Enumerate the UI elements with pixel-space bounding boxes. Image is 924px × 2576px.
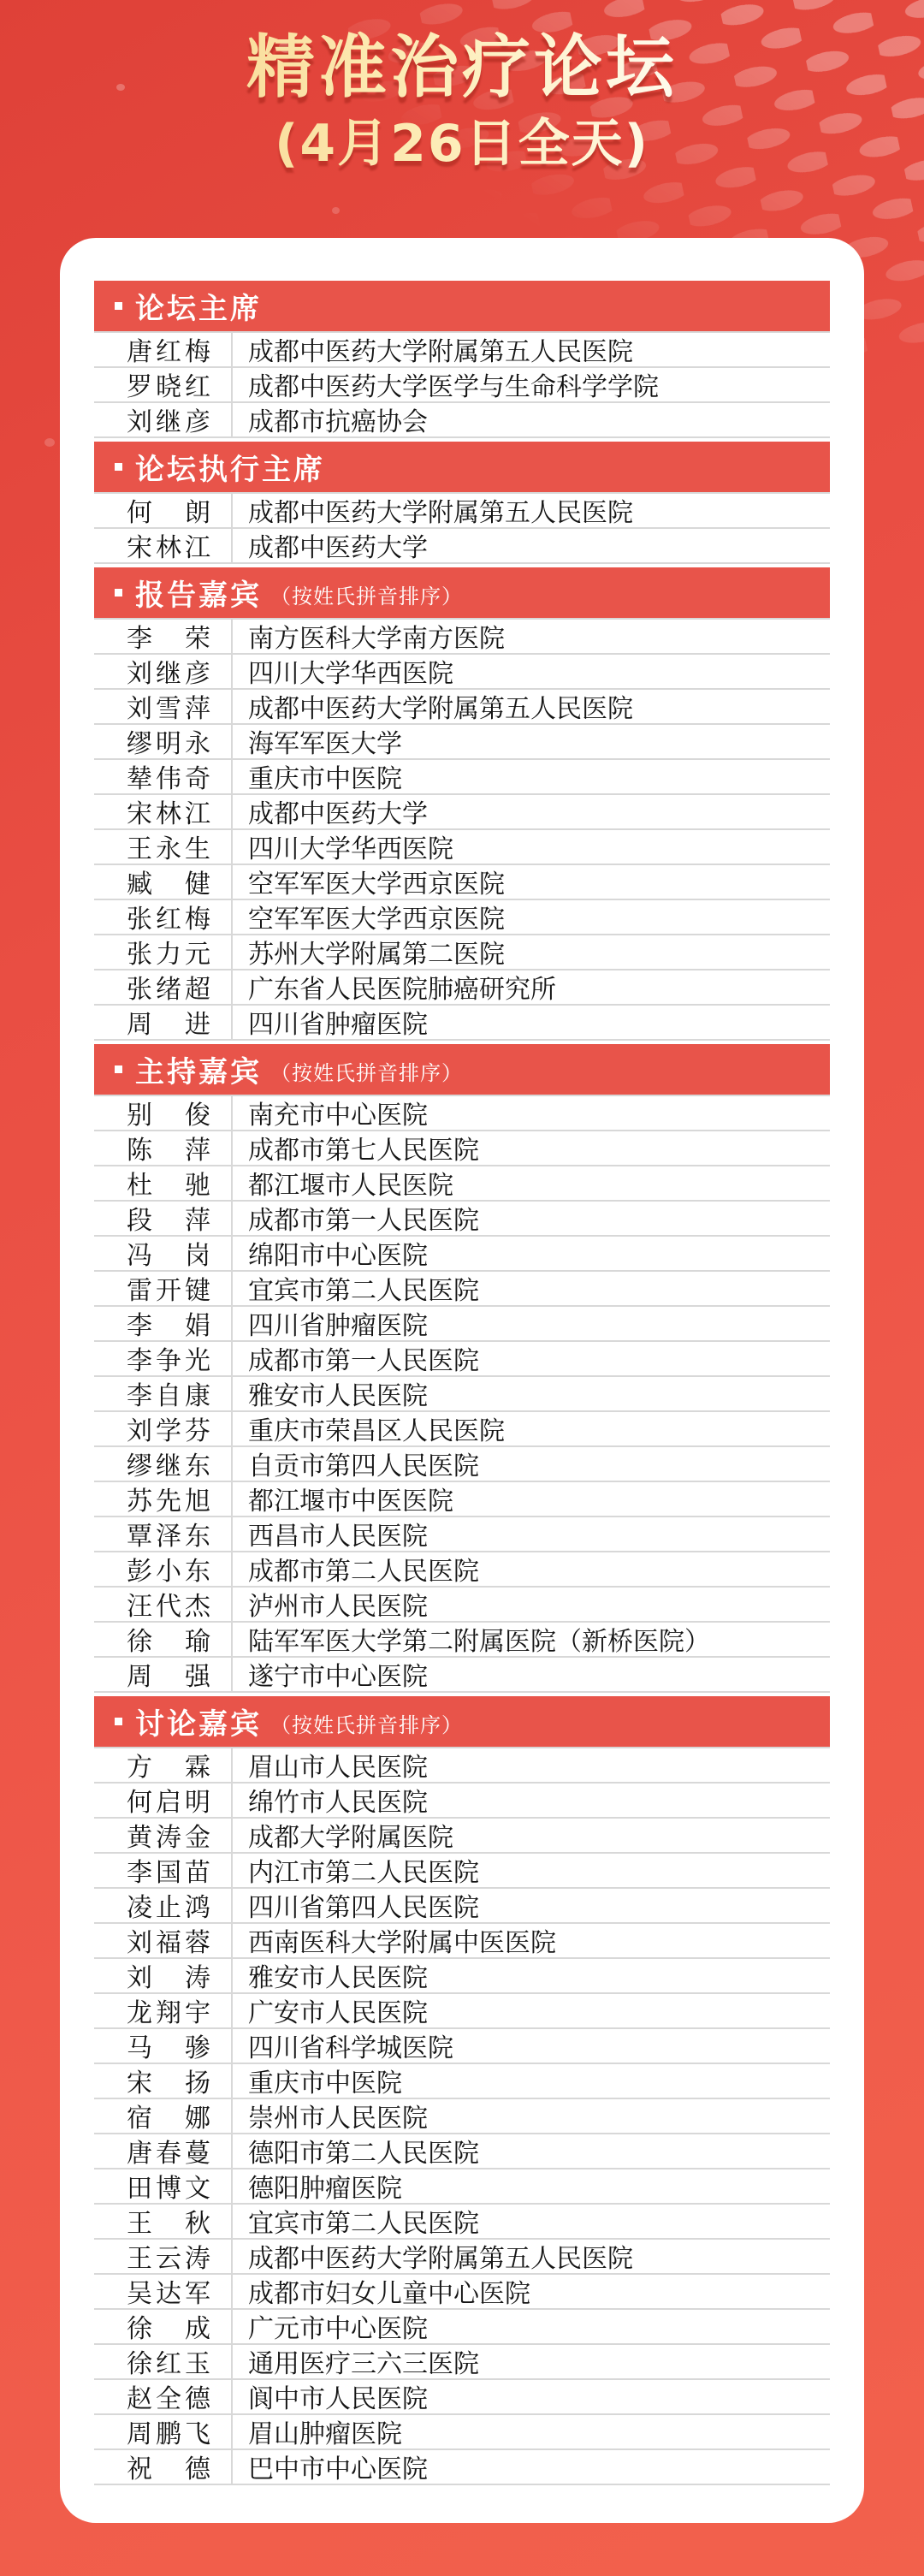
guest-name-cell: 刘雪萍: [94, 690, 233, 723]
guest-org: 通用医疗三六三医院: [233, 2342, 479, 2380]
guest-name-cell: 苏先旭: [94, 1482, 233, 1516]
section-rows: 何朗 成都中医药大学附属第五人民医院 宋林江 成都中医药大学: [94, 494, 830, 564]
guest-row: 王云涛 成都中医药大学附属第五人民医院: [94, 2240, 830, 2275]
guest-name-cell: 李自康: [94, 1377, 233, 1410]
guest-org: 绵阳市中心医院: [233, 1234, 428, 1272]
guest-org: 眉山市人民医院: [233, 1746, 428, 1784]
guest-name-cell: 段萍: [94, 1202, 233, 1235]
guest-name: 覃泽东: [127, 1515, 210, 1552]
guest-name: 刘继彦: [127, 401, 210, 438]
guest-row: 周强 遂宁市中心医院: [94, 1658, 830, 1693]
guest-row: 何启明 绵竹市人民医院: [94, 1784, 830, 1819]
guest-org: 内江市第二人民医院: [233, 1851, 479, 1889]
guest-name-cell: 张力元: [94, 935, 233, 969]
guest-name: 祝德: [127, 2448, 210, 2485]
guest-name: 宋林江: [127, 792, 210, 830]
guest-org: 成都市第七人民医院: [233, 1129, 479, 1166]
guest-name: 李荣: [127, 617, 210, 655]
guest-name: 徐成: [127, 2307, 210, 2345]
guest-row: 宿娜 崇州市人民医院: [94, 2099, 830, 2134]
guest-row: 王永生 四川大学华西医院: [94, 830, 830, 865]
guest-row: 唐红梅 成都中医药大学附属第五人民医院: [94, 333, 830, 368]
bullet-square-icon: [115, 1065, 122, 1073]
guest-row: 李国苗 内江市第二人民医院: [94, 1854, 830, 1889]
guest-org: 成都中医药大学: [233, 792, 428, 830]
guest-name: 辇伟奇: [127, 757, 210, 795]
guest-row: 罗晓红 成都中医药大学医学与生命科学学院: [94, 368, 830, 403]
guest-name-cell: 彭小东: [94, 1552, 233, 1586]
guest-row: 李争光 成都市第一人民医院: [94, 1342, 830, 1377]
guest-org: 成都市第一人民医院: [233, 1199, 479, 1237]
guest-name-cell: 臧健: [94, 865, 233, 899]
program-section: 论坛主席 唐红梅 成都中医药大学附属第五人民医院 罗晓红 成都中医药大学医学与生…: [94, 281, 830, 438]
guest-row: 彭小东 成都市第二人民医院: [94, 1552, 830, 1588]
guest-name: 徐瑜: [127, 1620, 210, 1658]
guest-row: 方霖 眉山市人民医院: [94, 1748, 830, 1784]
guest-name-cell: 宿娜: [94, 2099, 233, 2133]
guest-org: 成都大学附属医院: [233, 1816, 453, 1854]
guest-name-cell: 方霖: [94, 1748, 233, 1782]
guest-name: 缪继东: [127, 1445, 210, 1482]
section-header-bar: 讨论嘉宾 （按姓氏拼音排序）: [94, 1696, 830, 1748]
guest-name: 周鹏飞: [127, 2413, 210, 2450]
guest-row: 祝德 巴中市中心医院: [94, 2450, 830, 2485]
guest-name: 汪代杰: [127, 1585, 210, 1623]
guest-row: 黄涛金 成都大学附属医院: [94, 1819, 830, 1854]
guest-name-cell: 张红梅: [94, 900, 233, 934]
guest-name-cell: 周鹏飞: [94, 2415, 233, 2448]
section-header-bar: 主持嘉宾 （按姓氏拼音排序）: [94, 1044, 830, 1096]
guest-org: 绵竹市人民医院: [233, 1781, 428, 1819]
guest-org: 成都中医药大学附属第五人民医院: [233, 2237, 633, 2275]
guest-name-cell: 刘涛: [94, 1959, 233, 1992]
guest-org: 成都中医药大学医学与生命科学学院: [233, 365, 659, 403]
guest-name: 苏先旭: [127, 1480, 210, 1517]
guest-name: 李争光: [127, 1339, 210, 1377]
guest-name: 李自康: [127, 1374, 210, 1412]
guest-row: 李娟 四川省肿瘤医院: [94, 1307, 830, 1342]
guest-row: 冯岗 绵阳市中心医院: [94, 1237, 830, 1272]
guest-name-cell: 何朗: [94, 494, 233, 527]
guest-org: 四川省第四人民医院: [233, 1886, 479, 1924]
guest-name-cell: 吴达军: [94, 2275, 233, 2308]
section-title: 主持嘉宾: [135, 1048, 262, 1090]
guest-name-cell: 李娟: [94, 1307, 233, 1340]
guest-org: 南充市中心医院: [233, 1094, 428, 1131]
guest-org: 四川省科学城医院: [233, 2027, 453, 2064]
guest-row: 宋林江 成都中医药大学: [94, 795, 830, 830]
section-note: （按姓氏拼音排序）: [270, 575, 463, 609]
section-title: 论坛执行主席: [135, 446, 325, 488]
guest-org: 重庆市中医院: [233, 2062, 402, 2099]
guest-name: 雷开键: [127, 1269, 210, 1307]
guest-org: 西南医科大学附属中医医院: [233, 1921, 556, 1959]
guest-name: 何启明: [127, 1781, 210, 1819]
program-card: 论坛主席 唐红梅 成都中医药大学附属第五人民医院 罗晓红 成都中医药大学医学与生…: [60, 238, 864, 2523]
guest-row: 刘雪萍 成都中医药大学附属第五人民医院: [94, 690, 830, 725]
guest-row: 王秋 宜宾市第二人民医院: [94, 2205, 830, 2240]
section-rows: 别俊 南充市中心医院 陈萍 成都市第七人民医院 杜驰 都江堰市人民医院 段萍 成…: [94, 1096, 830, 1693]
section-title: 论坛主席: [135, 285, 262, 327]
guest-name: 宿娜: [127, 2097, 210, 2134]
guest-name-cell: 刘学芬: [94, 1412, 233, 1445]
guest-org: 宜宾市第二人民医院: [233, 1269, 479, 1307]
guest-row: 张红梅 空军军医大学西京医院: [94, 900, 830, 935]
guest-name-cell: 马骖: [94, 2029, 233, 2063]
guest-row: 宋扬 重庆市中医院: [94, 2064, 830, 2099]
guest-name-cell: 缪继东: [94, 1447, 233, 1481]
guest-name: 张红梅: [127, 898, 210, 935]
guest-name-cell: 罗晓红: [94, 368, 233, 401]
bullet-square-icon: [115, 302, 122, 310]
guest-name-cell: 辇伟奇: [94, 760, 233, 793]
guest-name-cell: 徐成: [94, 2310, 233, 2343]
guest-row: 辇伟奇 重庆市中医院: [94, 760, 830, 795]
guest-org: 重庆市中医院: [233, 757, 402, 795]
guest-org: 四川大学华西医院: [233, 828, 453, 865]
guest-row: 田博文 德阳肿瘤医院: [94, 2169, 830, 2205]
guest-row: 周进 四川省肿瘤医院: [94, 1006, 830, 1041]
guest-org: 阆中市人民医院: [233, 2377, 428, 2415]
section-title: 讨论嘉宾: [135, 1701, 262, 1742]
guest-row: 缪继东 自贡市第四人民医院: [94, 1447, 830, 1482]
guest-name-cell: 陈萍: [94, 1131, 233, 1165]
guest-row: 李荣 南方医科大学南方医院: [94, 620, 830, 655]
guest-row: 赵全德 阆中市人民医院: [94, 2380, 830, 2415]
guest-row: 汪代杰 泸州市人民医院: [94, 1588, 830, 1623]
guest-name: 王云涛: [127, 2237, 210, 2275]
page-title: 精准治疗论坛: [0, 26, 924, 110]
guest-org: 空军军医大学西京医院: [233, 898, 505, 935]
guest-row: 刘继彦 成都市抗癌协会: [94, 403, 830, 438]
guest-name: 别俊: [127, 1094, 210, 1131]
guest-row: 马骖 四川省科学城医院: [94, 2029, 830, 2064]
guest-row: 刘继彦 四川大学华西医院: [94, 655, 830, 690]
guest-name: 缪明永: [127, 722, 210, 760]
guest-name: 王永生: [127, 828, 210, 865]
guest-name: 刘雪萍: [127, 687, 210, 725]
guest-org: 四川大学华西医院: [233, 652, 453, 690]
guest-row: 杜驰 都江堰市人民医院: [94, 1166, 830, 1202]
program-section: 讨论嘉宾 （按姓氏拼音排序） 方霖 眉山市人民医院 何启明 绵竹市人民医院 黄涛…: [94, 1696, 830, 2485]
guest-name-cell: 缪明永: [94, 725, 233, 758]
guest-org: 崇州市人民医院: [233, 2097, 428, 2134]
guest-org: 成都市第二人民医院: [233, 1550, 479, 1588]
guest-org: 遂宁市中心医院: [233, 1655, 428, 1693]
section-header-bar: 论坛执行主席: [94, 442, 830, 494]
section-note: （按姓氏拼音排序）: [270, 1704, 463, 1738]
guest-row: 雷开键 宜宾市第二人民医院: [94, 1272, 830, 1307]
section-header-bar: 报告嘉宾 （按姓氏拼音排序）: [94, 567, 830, 620]
section-rows: 唐红梅 成都中医药大学附属第五人民医院 罗晓红 成都中医药大学医学与生命科学学院…: [94, 333, 830, 438]
guest-org: 巴中市中心医院: [233, 2448, 428, 2485]
guest-name-cell: 杜驰: [94, 1166, 233, 1200]
guest-name-cell: 雷开键: [94, 1272, 233, 1305]
guest-name-cell: 唐红梅: [94, 333, 233, 366]
guest-org: 都江堰市中医医院: [233, 1480, 453, 1517]
guest-name-cell: 凌止鸿: [94, 1889, 233, 1922]
guest-org: 泸州市人民医院: [233, 1585, 428, 1623]
guest-name-cell: 何启明: [94, 1784, 233, 1817]
guest-org: 成都中医药大学: [233, 526, 428, 564]
guest-org: 自贡市第四人民医院: [233, 1445, 479, 1482]
guest-org: 苏州大学附属第二医院: [233, 933, 505, 970]
guest-org: 广安市人民医院: [233, 1991, 428, 2029]
guest-org: 雅安市人民医院: [233, 1374, 428, 1412]
guest-row: 李自康 雅安市人民医院: [94, 1377, 830, 1412]
guest-name-cell: 宋林江: [94, 795, 233, 828]
guest-name-cell: 张绪超: [94, 970, 233, 1004]
guest-name: 陈萍: [127, 1129, 210, 1166]
guest-row: 徐瑜 陆军军医大学第二附属医院（新桥医院）: [94, 1623, 830, 1658]
guest-row: 陈萍 成都市第七人民医院: [94, 1131, 830, 1166]
guest-row: 吴达军 成都市妇女儿童中心医院: [94, 2275, 830, 2310]
guest-org: 陆军军医大学第二附属医院（新桥医院）: [233, 1620, 710, 1658]
guest-name: 李娟: [127, 1304, 210, 1342]
guest-org: 成都市妇女儿童中心医院: [233, 2272, 530, 2310]
guest-org: 眉山肿瘤医院: [233, 2413, 402, 2450]
guest-name-cell: 李国苗: [94, 1854, 233, 1887]
guest-name-cell: 宋扬: [94, 2064, 233, 2098]
guest-row: 张力元 苏州大学附属第二医院: [94, 935, 830, 970]
guest-name-cell: 宋林江: [94, 529, 233, 562]
guest-org: 都江堰市人民医院: [233, 1164, 453, 1202]
guest-org: 成都中医药大学附属第五人民医院: [233, 491, 633, 529]
guest-name: 王秋: [127, 2202, 210, 2240]
guest-org: 四川省肿瘤医院: [233, 1003, 428, 1041]
guest-name: 赵全德: [127, 2377, 210, 2415]
guest-row: 徐成 广元市中心医院: [94, 2310, 830, 2345]
bullet-square-icon: [115, 589, 122, 597]
guest-name: 周进: [127, 1003, 210, 1041]
section-title: 报告嘉宾: [135, 572, 262, 614]
section-rows: 方霖 眉山市人民医院 何启明 绵竹市人民医院 黄涛金 成都大学附属医院 李国苗 …: [94, 1748, 830, 2485]
guest-name-cell: 徐瑜: [94, 1623, 233, 1656]
guest-row: 龙翔宇 广安市人民医院: [94, 1994, 830, 2029]
bullet-square-icon: [115, 1718, 122, 1725]
guest-row: 刘福蓉 西南医科大学附属中医医院: [94, 1924, 830, 1959]
guest-name: 马骖: [127, 2027, 210, 2064]
guest-org: 四川省肿瘤医院: [233, 1304, 428, 1342]
guest-name-cell: 刘继彦: [94, 403, 233, 436]
sections: 论坛主席 唐红梅 成都中医药大学附属第五人民医院 罗晓红 成都中医药大学医学与生…: [94, 281, 830, 2485]
guest-row: 宋林江 成都中医药大学: [94, 529, 830, 564]
guest-name-cell: 周进: [94, 1006, 233, 1039]
guest-org: 广元市中心医院: [233, 2307, 428, 2345]
guest-name: 臧健: [127, 863, 210, 900]
guest-row: 张绪超 广东省人民医院肺癌研究所: [94, 970, 830, 1006]
guest-name-cell: 周强: [94, 1658, 233, 1691]
guest-name: 张力元: [127, 933, 210, 970]
guest-name-cell: 李争光: [94, 1342, 233, 1375]
guest-row: 周鹏飞 眉山肿瘤医院: [94, 2415, 830, 2450]
guest-name: 徐红玉: [127, 2342, 210, 2380]
guest-name: 刘继彦: [127, 652, 210, 690]
guest-name: 吴达军: [127, 2272, 210, 2310]
guest-name-cell: 徐红玉: [94, 2345, 233, 2378]
guest-org: 成都中医药大学附属第五人民医院: [233, 330, 633, 368]
guest-row: 刘学芬 重庆市荣昌区人民医院: [94, 1412, 830, 1447]
poster-header: 精准治疗论坛 (4月26日全天): [0, 26, 924, 175]
guest-name: 周强: [127, 1655, 210, 1693]
guest-row: 凌止鸿 四川省第四人民医院: [94, 1889, 830, 1924]
guest-name-cell: 覃泽东: [94, 1517, 233, 1551]
guest-name: 罗晓红: [127, 365, 210, 403]
guest-name: 刘福蓉: [127, 1921, 210, 1959]
guest-row: 段萍 成都市第一人民医院: [94, 1202, 830, 1237]
guest-org: 宜宾市第二人民医院: [233, 2202, 479, 2240]
guest-name-cell: 唐春蔓: [94, 2134, 233, 2168]
guest-name-cell: 赵全德: [94, 2380, 233, 2413]
guest-row: 唐春蔓 德阳市第二人民医院: [94, 2134, 830, 2169]
guest-name: 黄涛金: [127, 1816, 210, 1854]
guest-name: 宋林江: [127, 526, 210, 564]
guest-name-cell: 李荣: [94, 620, 233, 653]
guest-row: 刘涛 雅安市人民医院: [94, 1959, 830, 1994]
guest-name: 田博文: [127, 2167, 210, 2205]
guest-name: 宋扬: [127, 2062, 210, 2099]
guest-name-cell: 冯岗: [94, 1237, 233, 1270]
guest-name-cell: 刘福蓉: [94, 1924, 233, 1957]
bullet-square-icon: [115, 463, 122, 471]
guest-name-cell: 刘继彦: [94, 655, 233, 688]
guest-row: 缪明永 海军军医大学: [94, 725, 830, 760]
guest-name: 刘学芬: [127, 1410, 210, 1447]
guest-org: 成都中医药大学附属第五人民医院: [233, 687, 633, 725]
guest-org: 重庆市荣昌区人民医院: [233, 1410, 505, 1447]
guest-row: 徐红玉 通用医疗三六三医院: [94, 2345, 830, 2380]
guest-org: 空军军医大学西京医院: [233, 863, 505, 900]
guest-org: 成都市抗癌协会: [233, 401, 428, 438]
guest-name-cell: 黄涛金: [94, 1819, 233, 1852]
guest-org: 德阳市第二人民医院: [233, 2132, 479, 2169]
guest-name-cell: 别俊: [94, 1096, 233, 1130]
guest-org: 广东省人民医院肺癌研究所: [233, 968, 556, 1006]
guest-name: 何朗: [127, 491, 210, 529]
guest-name-cell: 汪代杰: [94, 1588, 233, 1621]
guest-org: 海军军医大学: [233, 722, 402, 760]
guest-name: 刘涛: [127, 1956, 210, 1994]
guest-org: 西昌市人民医院: [233, 1515, 428, 1552]
guest-org: 南方医科大学南方医院: [233, 617, 505, 655]
guest-row: 别俊 南充市中心医院: [94, 1096, 830, 1131]
guest-org: 德阳肿瘤医院: [233, 2167, 402, 2205]
guest-name: 唐红梅: [127, 330, 210, 368]
section-rows: 李荣 南方医科大学南方医院 刘继彦 四川大学华西医院 刘雪萍 成都中医药大学附属…: [94, 620, 830, 1041]
guest-org: 雅安市人民医院: [233, 1956, 428, 1994]
guest-row: 覃泽东 西昌市人民医院: [94, 1517, 830, 1552]
guest-name: 彭小东: [127, 1550, 210, 1588]
guest-name-cell: 田博文: [94, 2169, 233, 2203]
guest-name: 方霖: [127, 1746, 210, 1784]
guest-name: 唐春蔓: [127, 2132, 210, 2169]
program-section: 报告嘉宾 （按姓氏拼音排序） 李荣 南方医科大学南方医院 刘继彦 四川大学华西医…: [94, 567, 830, 1041]
guest-row: 苏先旭 都江堰市中医医院: [94, 1482, 830, 1517]
guest-name: 冯岗: [127, 1234, 210, 1272]
guest-name: 龙翔宇: [127, 1991, 210, 2029]
section-header-bar: 论坛主席: [94, 281, 830, 333]
guest-row: 臧健 空军军医大学西京医院: [94, 865, 830, 900]
program-section: 主持嘉宾 （按姓氏拼音排序） 别俊 南充市中心医院 陈萍 成都市第七人民医院 杜…: [94, 1044, 830, 1693]
guest-name-cell: 龙翔宇: [94, 1994, 233, 2027]
guest-name-cell: 王秋: [94, 2205, 233, 2238]
background-dot: [44, 438, 55, 447]
guest-name-cell: 王云涛: [94, 2240, 233, 2273]
program-section: 论坛执行主席 何朗 成都中医药大学附属第五人民医院 宋林江 成都中医药大学: [94, 442, 830, 564]
section-note: （按姓氏拼音排序）: [270, 1052, 463, 1086]
guest-name: 凌止鸿: [127, 1886, 210, 1924]
guest-row: 何朗 成都中医药大学附属第五人民医院: [94, 494, 830, 529]
guest-org: 成都市第一人民医院: [233, 1339, 479, 1377]
page-subtitle: (4月26日全天): [0, 113, 924, 175]
guest-name-cell: 王永生: [94, 830, 233, 864]
guest-name: 张绪超: [127, 968, 210, 1006]
guest-name: 李国苗: [127, 1851, 210, 1889]
guest-name-cell: 祝德: [94, 2450, 233, 2484]
background-dot: [332, 207, 340, 214]
guest-name: 段萍: [127, 1199, 210, 1237]
guest-name: 杜驰: [127, 1164, 210, 1202]
